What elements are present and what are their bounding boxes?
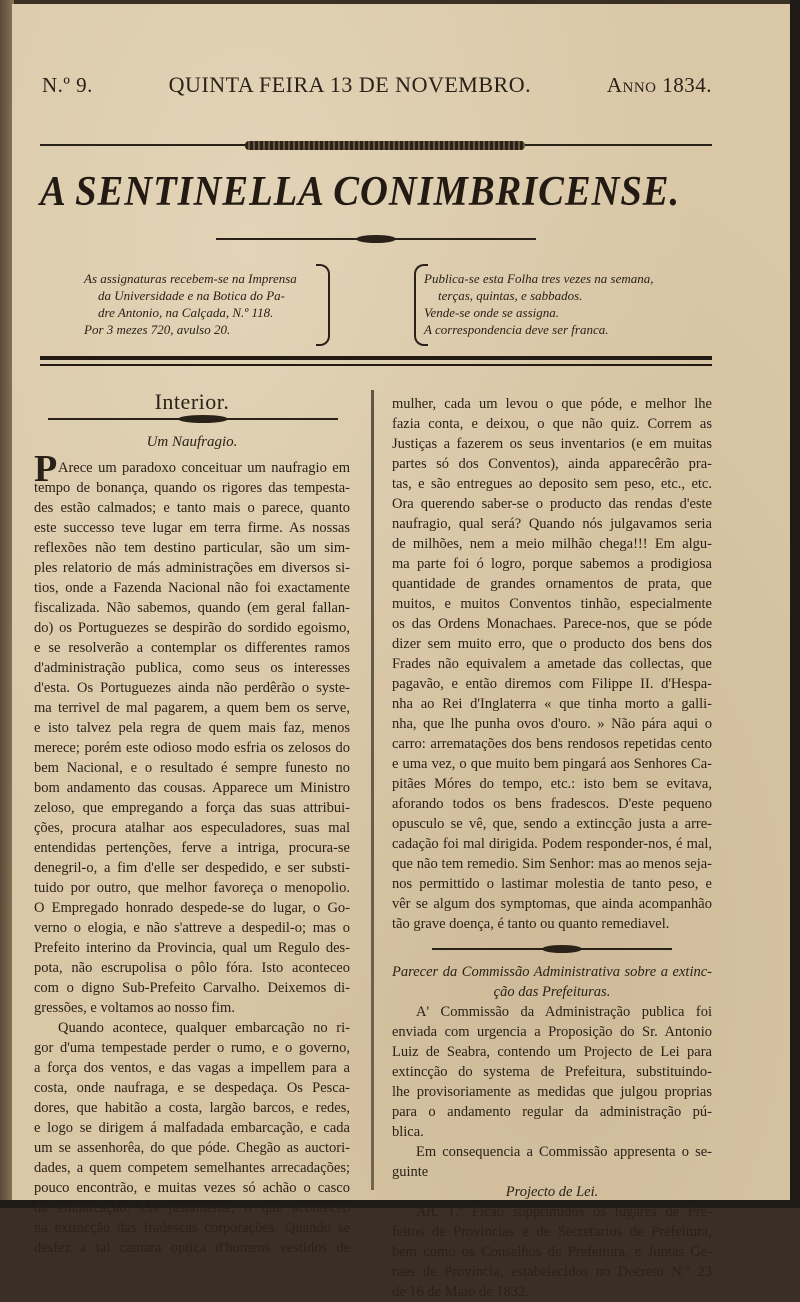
left-column: Interior. Um Naufragio. P Arece um parad…	[34, 380, 350, 1208]
ornamental-rule-title	[216, 238, 536, 240]
info-line: Por 3 mezes 720, avulso 20.	[84, 321, 316, 338]
text-line: Art. 1.º Ficão supprimidos os lugares de…	[392, 1202, 712, 1208]
text-line: tuido por outro, que melhor favoreça o m…	[34, 878, 350, 898]
ornament-center	[245, 141, 525, 150]
double-rule	[40, 356, 712, 366]
text-line: pitães Móres do tempo, etc.: isto bem se…	[392, 774, 712, 794]
text-line: gressões, e voltamos ao nosso fim.	[34, 998, 350, 1018]
info-line: Publica-se esta Folha tres vezes na sema…	[424, 270, 704, 287]
text-line: quantidade de grandes ornamentos de prat…	[392, 574, 712, 594]
article2-title-line: Parecer da Commissão Administrativa sobr…	[392, 962, 712, 982]
text-line: extincção do systema de Prefeitura, subs…	[392, 1062, 712, 1082]
info-line: Vende-se onde se assigna.	[424, 304, 704, 321]
text-line: da embarcação. Eis justamente, o que aco…	[34, 1198, 350, 1208]
text-line: Ora querendo saber-se o producto das ren…	[392, 494, 712, 514]
text-line: nha ao Rei d'Inglaterra « que tinha mort…	[392, 694, 712, 714]
text-line: dores, que habitão a costa, largão barco…	[34, 1098, 350, 1118]
text-line: merece; porém este odioso modo esfria os…	[34, 738, 350, 758]
text-line: lhe provisoriamente as medidas que julgo…	[392, 1082, 712, 1102]
text-line: Arece um paradoxo conceituar um naufragi…	[58, 458, 350, 478]
text-line: tão grave doença, é tanto ou quanto reme…	[392, 914, 712, 934]
brace-close	[316, 264, 330, 346]
text-line: guinte	[392, 1162, 712, 1182]
text-line: e uma vez, o que muito bem pingará aos S…	[392, 754, 712, 774]
column-divider	[371, 390, 374, 1190]
text-line: bom andamento das cousas. Apparece um Mi…	[34, 778, 350, 798]
text-line: tios, onde a Fazenda Nacional não foi ex…	[34, 578, 350, 598]
text-line: ples relatorio de más administrações em …	[34, 558, 350, 578]
text-line: e se resolverão a contemplar os differen…	[34, 638, 350, 658]
issue-number: N.º 9.	[42, 73, 93, 98]
text-line: tempo de bonança, quando os rigores das …	[34, 478, 350, 498]
first-line: P Arece um paradoxo conceituar um naufra…	[34, 458, 350, 478]
text-line: blica.	[392, 1122, 712, 1142]
article2-title-line: ção das Prefeituras.	[392, 982, 712, 1002]
text-line: nha, que lhe punha ovos d'ouro. » Não pá…	[392, 714, 712, 734]
text-line: des estão calmados; e tanto mais o parec…	[34, 498, 350, 518]
text-line: do) os Portuguezes se despirão do sordid…	[34, 618, 350, 638]
text-line: aforando todos os bens fradescos. D'este…	[392, 794, 712, 814]
info-line: da Universidade e na Botica do Pa-	[84, 287, 316, 304]
text-line: opusculo se vê, que, sendo a extincção j…	[392, 814, 712, 834]
text-line: ma parte foi ó logro, porque sabemos a p…	[392, 554, 712, 574]
text-line: zeloso, que empregando a força das suas …	[34, 798, 350, 818]
text-line: Quando acontece, qualquer embarcação no …	[34, 1018, 350, 1038]
text-line: bem Nacional, e o resultado é sempre fun…	[34, 758, 350, 778]
issue-year: Anno 1834.	[607, 73, 712, 98]
text-line: a força dos ventos, e das vagas a impell…	[34, 1058, 350, 1078]
text-line: vêr se algum dos symptomas, que ainda ac…	[392, 894, 712, 914]
text-line: gor d'uma tempestade perder o rumo, e o …	[34, 1038, 350, 1058]
subscription-info-left: As assignaturas recebem-se na Imprensa d…	[84, 270, 316, 338]
article-separator-rule	[432, 948, 672, 950]
text-line: dades, a quem competem semelhantes arrec…	[34, 1158, 350, 1178]
text-line: d'administração publica, como seus os in…	[34, 658, 350, 678]
text-line: costa, onde naufraga, e se despedaça. Os…	[34, 1078, 350, 1098]
text-line: pouco encontrão, e muitas vezes só achão…	[34, 1178, 350, 1198]
text-line: que não tem remedio. Sim Senhor: mas ao …	[392, 854, 712, 874]
text-line: A' Commissão da Administração publica fo…	[392, 1002, 712, 1022]
masthead-line: N.º 9. QUINTA FEIRA 13 DE NOVEMBRO. Anno…	[42, 72, 712, 98]
newspaper-title: A SENTINELLA CONIMBRICENSE.	[40, 168, 666, 216]
text-line: de milhões, nem a meio milhão chega!!! E…	[392, 534, 712, 554]
text-line: Justiças a fazerem os seus inventarios (…	[392, 434, 712, 454]
text-line: Em consequencia a Commissão appresenta o…	[392, 1142, 712, 1162]
text-line: nos permittido o lastimar molestia de ta…	[392, 874, 712, 894]
text-line: O Empregado honrado despede-se do lugar,…	[34, 898, 350, 918]
text-line: para o andamento regular da administraçã…	[392, 1102, 712, 1122]
article-title: Um Naufragio.	[34, 432, 350, 452]
text-line: naufragio, qual será? Quando nós julgava…	[392, 514, 712, 534]
text-line: um se assenhorêa, do que póde. Chegão as…	[34, 1138, 350, 1158]
info-line: terças, quintas, e sabbados.	[424, 287, 704, 304]
text-line: este successo teve lugar em terra firme.…	[34, 518, 350, 538]
right-column: mulher, cada um levou o que póde, e melh…	[392, 394, 712, 1208]
text-line: Luiz de Seabra, contendo um Projecto de …	[392, 1042, 712, 1062]
text-line: ções, procura atalhar aos especuladores,…	[34, 818, 350, 838]
ornamental-rule-top	[40, 143, 712, 149]
text-line: denegril-o, a fim d'elle ser despedido, …	[34, 858, 350, 878]
text-line: Frades não equivalem a ametade das colle…	[392, 654, 712, 674]
text-line: verno o elogia, e não s'attreve a desped…	[34, 918, 350, 938]
info-line: As assignaturas recebem-se na Imprensa	[84, 270, 316, 287]
info-line: dre Antonio, na Calçada, N.º 118.	[84, 304, 316, 321]
text-line: muitos, e muitos Conventos tinhão, espec…	[392, 594, 712, 614]
dropcap: P	[34, 450, 57, 488]
text-line: mulher, cada um levou o que póde, e melh…	[392, 394, 712, 414]
text-line: pagavão, e então diremos com Filippe II.…	[392, 674, 712, 694]
text-line: tas, e são entregues ao deposito sem pes…	[392, 474, 712, 494]
text-line: fazia conta, e deixou, o que não quiz. C…	[392, 414, 712, 434]
projecto-title: Projecto de Lei.	[392, 1182, 712, 1202]
text-line: e isto talvez pela regra de quem mais fa…	[34, 718, 350, 738]
text-line: e logo se dirigem á malfadada embarcação…	[34, 1118, 350, 1138]
issue-date: QUINTA FEIRA 13 DE NOVEMBRO.	[169, 72, 531, 98]
text-line: d'esta. Os Portuguezes ainda não perdêrã…	[34, 678, 350, 698]
text-line: com o digno Sub-Prefeito Carvalho. Deixe…	[34, 978, 350, 998]
info-line: A correspondencia deve ser franca.	[424, 321, 704, 338]
text-line: enviada com urgencia a Proposição do Sr.…	[392, 1022, 712, 1042]
year-label: Anno	[607, 73, 657, 97]
year-value: 1834.	[662, 73, 712, 97]
section-rule	[48, 418, 338, 420]
text-line: carro: arrematações dos bens rendosos re…	[392, 734, 712, 754]
text-line: fiscalizada. Não sabemos, quando (em ger…	[34, 598, 350, 618]
text-line: ma terrivel de mal pagarem, a quem bem o…	[34, 698, 350, 718]
section-heading: Interior.	[34, 392, 350, 412]
text-line: cadação foi mal dirigida. Podem responde…	[392, 834, 712, 854]
scan-edge-right	[790, 0, 800, 1208]
text-line: dizer sem muito erro, que o producto dos…	[392, 634, 712, 654]
text-line: Prefeito interino da Provincia, qual um …	[34, 938, 350, 958]
text-line: entendidas pertenções, ferve a intriga, …	[34, 838, 350, 858]
subscription-info-right: Publica-se esta Folha tres vezes na sema…	[424, 270, 704, 338]
text-line: os das Ordens Monachaes. Parece-nos, que…	[392, 614, 712, 634]
text-line: reflexões não tem destino particular, sã…	[34, 538, 350, 558]
text-line: pota, não escrupolisa o pôlo fóra. Isto …	[34, 958, 350, 978]
text-line: partes só dos Conventos), ainda apparecê…	[392, 454, 712, 474]
